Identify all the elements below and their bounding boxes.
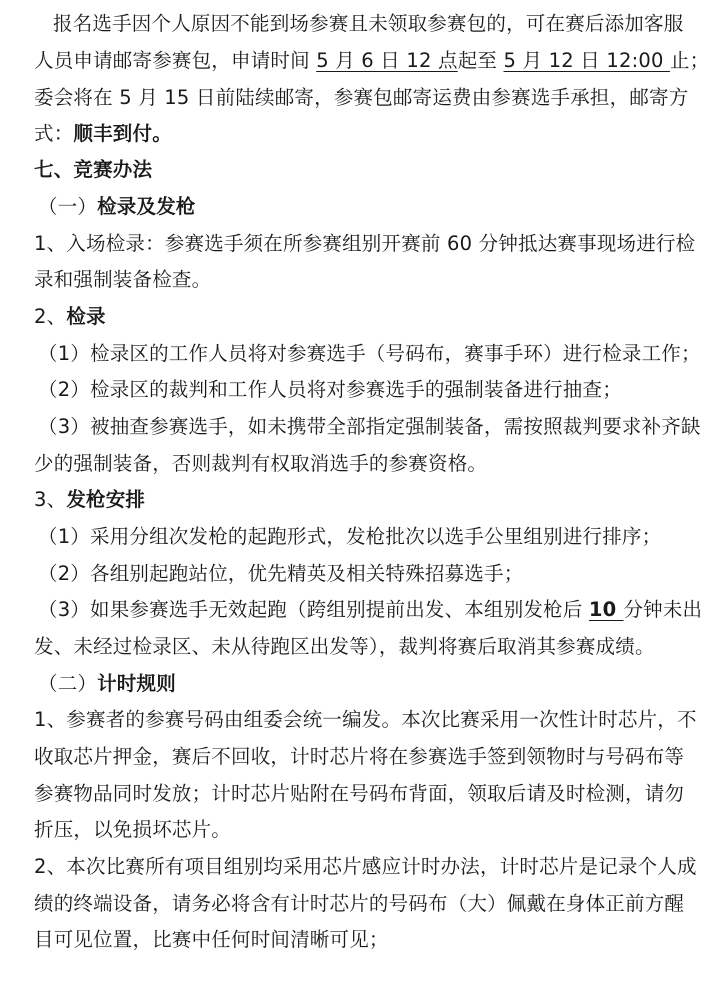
item-title: 检录 <box>66 305 105 328</box>
list-item-text: （2）各组别起跑站位，优先精英及相关特殊招募选手； <box>38 562 523 585</box>
apply-start-time: 5 月 6 日 12 点 <box>316 49 458 72</box>
intro-line-3: 委会将在 5 月 15 日前陆续邮寄，参赛包邮寄运费由参赛选手承担，邮寄方 <box>34 86 688 110</box>
paragraph-line: 1、入场检录：参赛选手须在所参赛组别开赛前 60 分钟抵达赛事现场进行检 <box>34 232 695 256</box>
list-item-text: 发、未经过检录区、未从待跑区出发等），裁判将赛后取消其参赛成绩。 <box>34 635 655 658</box>
paragraph-line: 折压，以免损坏芯片。 <box>34 818 231 842</box>
minutes-value: 10 <box>589 598 624 621</box>
item-heading: 2、检录 <box>34 305 106 329</box>
subsection-heading: （二）计时规则 <box>38 672 176 696</box>
subsection-title: 检录及发枪 <box>97 195 196 218</box>
paragraph-line: 目可见位置，比赛中任何时间清晰可见； <box>34 928 389 952</box>
list-item-continuation: 少的强制装备，否则裁判有权取消选手的参赛资格。 <box>34 452 487 476</box>
intro-text: 人员申请邮寄参赛包，申请时间 <box>34 49 316 72</box>
intro-line-1: 报名选手因个人原因不能到场参赛且未领取参赛包的，可在赛后添加客服 <box>53 12 683 36</box>
paragraph-line: 1、参赛者的参赛号码由组委会统一编发。本次比赛采用一次性计时芯片，不 <box>34 708 697 732</box>
paragraph-line: 录和强制装备检查。 <box>34 268 211 292</box>
paragraph-text: 2、本次比赛所有项目组别均采用芯片感应计时办法，计时芯片是记录个人成 <box>34 855 697 878</box>
paragraph-text: 收取芯片押金，赛后不回收，计时芯片将在参赛选手签到领物时与号码布等 <box>34 745 684 768</box>
subsection-heading: （一）检录及发枪 <box>38 195 196 219</box>
section-title: 七、竞赛办法 <box>34 158 152 181</box>
list-item: （3）被抽查参赛选手，如未携带全部指定强制装备，需按照裁判要求补齐缺 <box>38 415 701 439</box>
paragraph-text: 录和强制装备检查。 <box>34 268 211 291</box>
subsection-title: 计时规则 <box>97 672 176 695</box>
list-item: （3）如果参赛选手无效起跑（跨组别提前出发、本组别发枪后 10 分钟未出 <box>38 598 702 622</box>
list-item: （2）检录区的裁判和工作人员将对参赛选手的强制装备进行抽查； <box>38 378 622 402</box>
intro-text: 式： <box>34 122 73 145</box>
paragraph-text: 1、参赛者的参赛号码由组委会统一编发。本次比赛采用一次性计时芯片，不 <box>34 708 697 731</box>
apply-end-time: 5 月 12 日 12:00 <box>504 49 670 72</box>
shipping-method: 顺丰到付。 <box>73 122 172 145</box>
intro-text: 起至 <box>458 49 504 72</box>
intro-line-4: 式：顺丰到付。 <box>34 122 172 146</box>
list-item-text: 分钟未出 <box>623 598 702 621</box>
paragraph-text: 折压，以免损坏芯片。 <box>34 818 231 841</box>
paragraph-line: 2、本次比赛所有项目组别均采用芯片感应计时办法，计时芯片是记录个人成 <box>34 855 697 879</box>
subsection-prefix: （二） <box>38 672 97 695</box>
list-item: （2）各组别起跑站位，优先精英及相关特殊招募选手； <box>38 562 523 586</box>
paragraph-line: 参赛物品同时发放；计时芯片贴附在号码布背面，领取后请及时检测，请勿 <box>34 782 684 806</box>
intro-text: 止；组 <box>670 49 702 72</box>
item-prefix: 3、 <box>34 488 66 511</box>
paragraph-text: 参赛物品同时发放；计时芯片贴附在号码布背面，领取后请及时检测，请勿 <box>34 782 684 805</box>
list-item-text: （3）被抽查参赛选手，如未携带全部指定强制装备，需按照裁判要求补齐缺 <box>38 415 701 438</box>
list-item-text: （1）采用分组次发枪的起跑形式，发枪批次以选手公里组别进行排序； <box>38 525 661 548</box>
section-heading: 七、竞赛办法 <box>34 158 152 182</box>
item-prefix: 2、 <box>34 305 66 328</box>
list-item-text: （1）检录区的工作人员将对参赛选手（号码布，赛事手环）进行检录工作； <box>38 342 701 365</box>
list-item-continuation: 发、未经过检录区、未从待跑区出发等），裁判将赛后取消其参赛成绩。 <box>34 635 655 659</box>
item-title: 发枪安排 <box>66 488 145 511</box>
paragraph-line: 绩的终端设备，请务必将含有计时芯片的号码布（大）佩戴在身体正前方醒 <box>34 892 684 916</box>
list-item-text: 少的强制装备，否则裁判有权取消选手的参赛资格。 <box>34 452 487 475</box>
paragraph-text: 目可见位置，比赛中任何时间清晰可见； <box>34 928 389 951</box>
item-heading: 3、发枪安排 <box>34 488 145 512</box>
paragraph-text: 1、入场检录：参赛选手须在所参赛组别开赛前 60 分钟抵达赛事现场进行检 <box>34 232 695 255</box>
subsection-prefix: （一） <box>38 195 97 218</box>
list-item: （1）检录区的工作人员将对参赛选手（号码布，赛事手环）进行检录工作； <box>38 342 701 366</box>
list-item-text: （2）检录区的裁判和工作人员将对参赛选手的强制装备进行抽查； <box>38 378 622 401</box>
intro-text: 委会将在 5 月 15 日前陆续邮寄，参赛包邮寄运费由参赛选手承担，邮寄方 <box>34 86 688 109</box>
paragraph-line: 收取芯片押金，赛后不回收，计时芯片将在参赛选手签到领物时与号码布等 <box>34 745 684 769</box>
list-item-text: （3）如果参赛选手无效起跑（跨组别提前出发、本组别发枪后 <box>38 598 589 621</box>
paragraph-text: 绩的终端设备，请务必将含有计时芯片的号码布（大）佩戴在身体正前方醒 <box>34 892 684 915</box>
intro-line-2: 人员申请邮寄参赛包，申请时间 5 月 6 日 12 点起至 5 月 12 日 1… <box>34 49 702 73</box>
list-item: （1）采用分组次发枪的起跑形式，发枪批次以选手公里组别进行排序； <box>38 525 661 549</box>
intro-text: 报名选手因个人原因不能到场参赛且未领取参赛包的，可在赛后添加客服 <box>53 12 683 35</box>
